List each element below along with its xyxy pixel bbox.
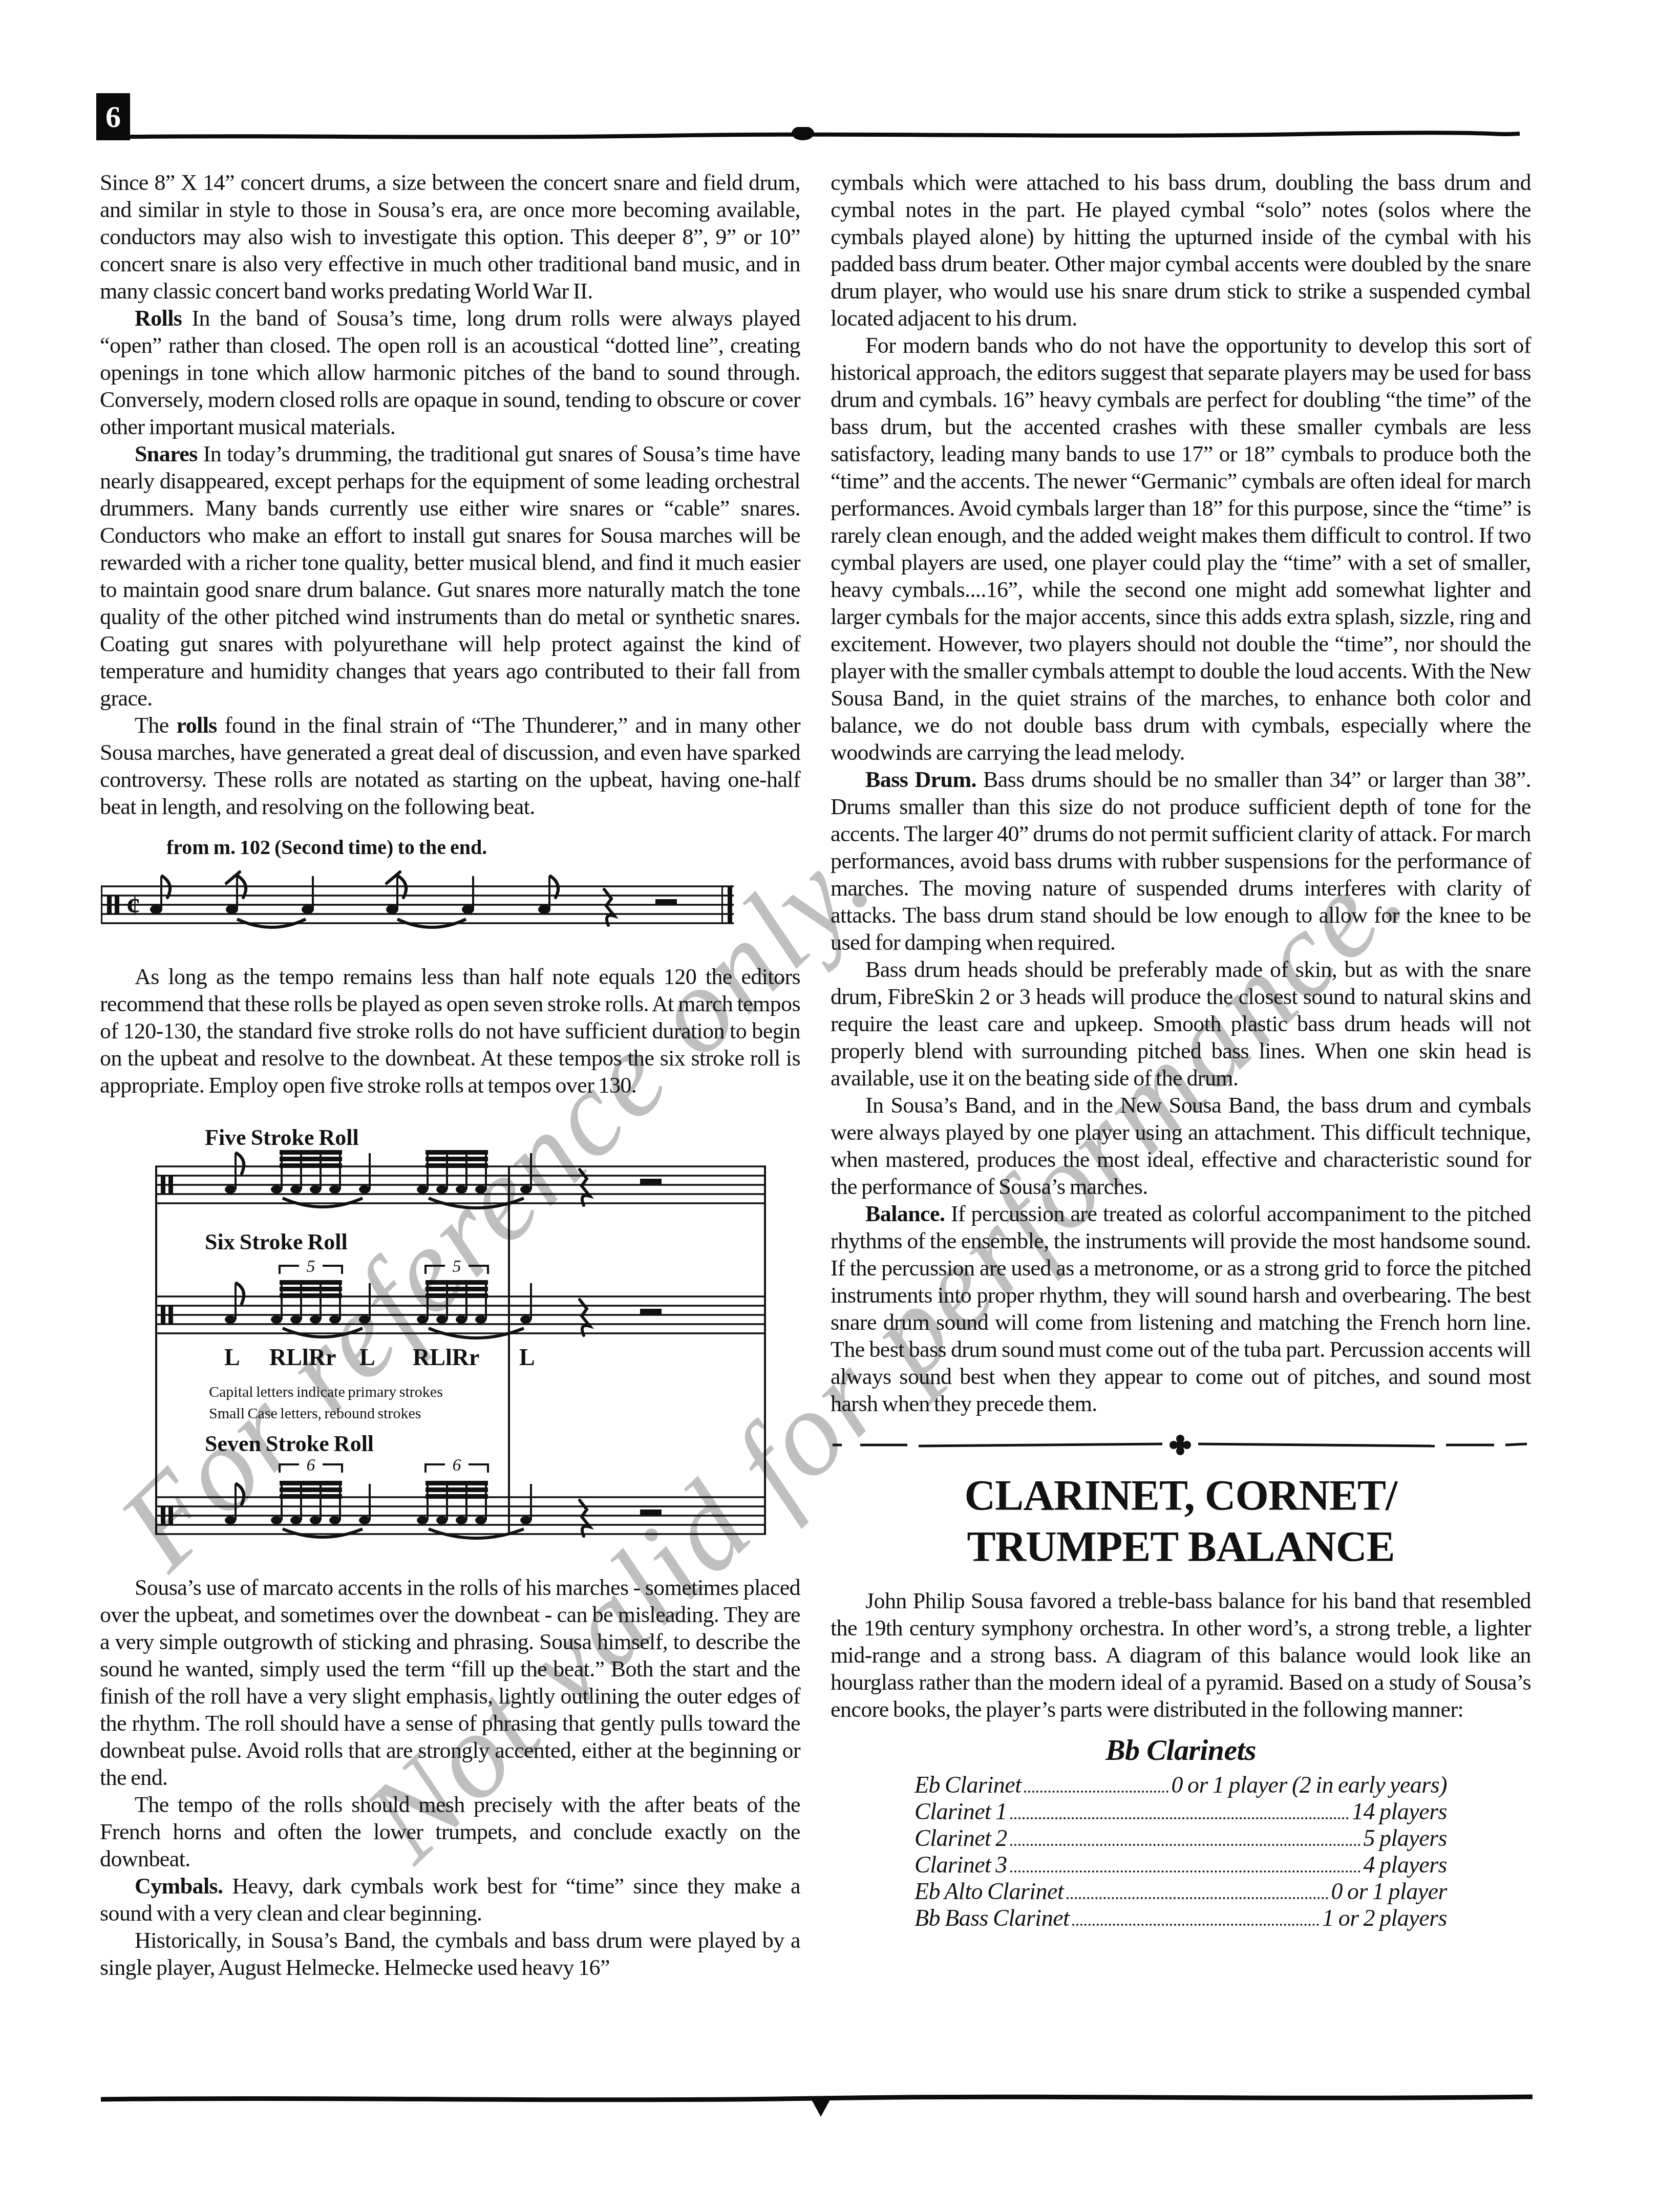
paragraph-cymbals: Cymbals. Heavy, dark cymbals work best f… (100, 1873, 800, 1927)
paragraph-the-rolls: The rolls found in the final strain of “… (100, 712, 800, 820)
final-barline (728, 886, 732, 923)
clarinets-subheading: Bb Clarinets (831, 1736, 1531, 1763)
start-barline (101, 886, 102, 923)
seven-stroke-roll-staff (155, 1481, 766, 1538)
lead-in-snares: Snares (135, 441, 198, 466)
music-example-stroke-rolls: Five Stroke Roll (154, 1126, 800, 1551)
five-stroke-roll-staff (155, 1150, 766, 1208)
section-divider (831, 1433, 1529, 1457)
svg-text:RLlRr: RLlRr (413, 1344, 479, 1370)
sticking-letters: L RLlRr L RLlRr L (224, 1344, 535, 1370)
dot-leader (1072, 1924, 1319, 1926)
dot-leader (1024, 1791, 1168, 1793)
six-stroke-roll-staff (155, 1280, 766, 1338)
lead-in-balance: Balance. (865, 1201, 945, 1226)
svg-text:6: 6 (453, 1456, 461, 1475)
paragraph-drum-heads: Bass drum heads should be preferably mad… (831, 956, 1531, 1092)
dot-leader (1010, 1817, 1349, 1819)
dot-leader (1067, 1897, 1328, 1899)
paragraph-modern-bands: For modern bands who do not have the opp… (831, 332, 1531, 766)
dot-leader (1010, 1870, 1360, 1873)
section-title: CLARINET, CORNET/ TRUMPET BALANCE (831, 1471, 1531, 1573)
scan-bump-artifact (792, 127, 814, 140)
divider-ornament-icon (1169, 1435, 1191, 1455)
half-rest (655, 899, 677, 905)
paragraph-balance: Balance. If percussion are treated as co… (831, 1200, 1531, 1417)
scanned-document-page: For reference only. Not valid for perfor… (0, 0, 1659, 2212)
footer-rule (100, 2092, 1534, 2119)
roster-row-bb-bass-clarinet: Bb Bass Clarinet1 or 2 players (914, 1905, 1447, 1931)
paragraph-marcato: Sousa’s use of marcato accents in the ro… (100, 1574, 800, 1791)
section-title-line-1: CLARINET, CORNET/ (831, 1471, 1531, 1522)
roster-row-clarinet-3: Clarinet 34 players (914, 1852, 1447, 1878)
svg-text:5: 5 (307, 1257, 315, 1276)
roster-row-clarinet-1: Clarinet 114 players (914, 1798, 1447, 1825)
roster-row-eb-clarinet: Eb Clarinet0 or 1 player (2 in early yea… (914, 1772, 1447, 1798)
dot-leader (1010, 1844, 1360, 1846)
tuplet-bracket-6: 6 6 (280, 1456, 488, 1475)
svg-text:5: 5 (453, 1257, 461, 1276)
sticking-caption-2: Small Case letters, rebound strokes (209, 1405, 421, 1422)
svg-text:RLlRr: RLlRr (269, 1344, 336, 1370)
five-stroke-roll-label: Five Stroke Roll (205, 1126, 359, 1150)
paragraph-bass-drum: Bass Drum. Bass drums should be no small… (831, 766, 1531, 956)
section-title-line-2: TRUMPET BALANCE (831, 1522, 1531, 1573)
sticking-caption-1: Capital letters indicate primary strokes (209, 1384, 443, 1400)
cut-time-symbol: ¢ (126, 890, 140, 921)
svg-text:L: L (359, 1344, 375, 1370)
six-stroke-roll-label: Six Stroke Roll (205, 1229, 348, 1254)
svg-text:L: L (519, 1344, 535, 1370)
percussion-clef (107, 896, 112, 914)
lead-in-cymbals: Cymbals. (135, 1874, 223, 1899)
paragraph: Since 8” X 14” concert drums, a size bet… (100, 169, 800, 305)
paragraph-sousa-balance: John Philip Sousa favored a treble-bass … (831, 1587, 1531, 1723)
svg-text:6: 6 (307, 1456, 315, 1475)
lead-in-bass-drum: Bass Drum. (865, 767, 976, 792)
paragraph-snares: Snares In today’s drumming, the traditio… (100, 440, 800, 712)
svg-text:L: L (224, 1344, 240, 1370)
paragraph: cymbals which were attached to his bass … (831, 169, 1531, 332)
paragraph-historically: Historically, in Sousa’s Band, the cymba… (100, 1927, 800, 1981)
roster-row-clarinet-2: Clarinet 25 players (914, 1825, 1447, 1852)
footer-mark (812, 2100, 830, 2117)
clarinet-roster: Eb Clarinet0 or 1 player (2 in early yea… (914, 1772, 1447, 1931)
paragraph-rolls: Rolls In the band of Sousa’s time, long … (100, 305, 800, 440)
paragraph-attachment: In Sousa’s Band, and in the New Sousa Ba… (831, 1092, 1531, 1200)
music-example-m102: from m. 102 (Second time) to the end. ¢ (100, 834, 800, 946)
music-example-caption: from m. 102 (Second time) to the end. (100, 834, 800, 861)
stroke-rolls-score: Five Stroke Roll (154, 1126, 768, 1551)
paragraph-roll-tempo: The tempo of the rolls should mesh preci… (100, 1791, 800, 1873)
paragraph-tempo: As long as the tempo remains less than h… (100, 963, 800, 1099)
right-column: cymbals which were attached to his bass … (831, 169, 1531, 1931)
left-column: Since 8” X 14” concert drums, a size bet… (100, 169, 800, 1981)
seven-stroke-roll-label: Seven Stroke Roll (205, 1431, 374, 1456)
tuplet-bracket-5: 5 5 (280, 1257, 488, 1276)
music-staff-m102: ¢ (100, 868, 735, 946)
lead-in-rolls: Rolls (135, 306, 182, 331)
staff-lines (101, 886, 734, 923)
header-rule (97, 127, 1521, 142)
roster-row-eb-alto-clarinet: Eb Alto Clarinet0 or 1 player (914, 1878, 1447, 1905)
